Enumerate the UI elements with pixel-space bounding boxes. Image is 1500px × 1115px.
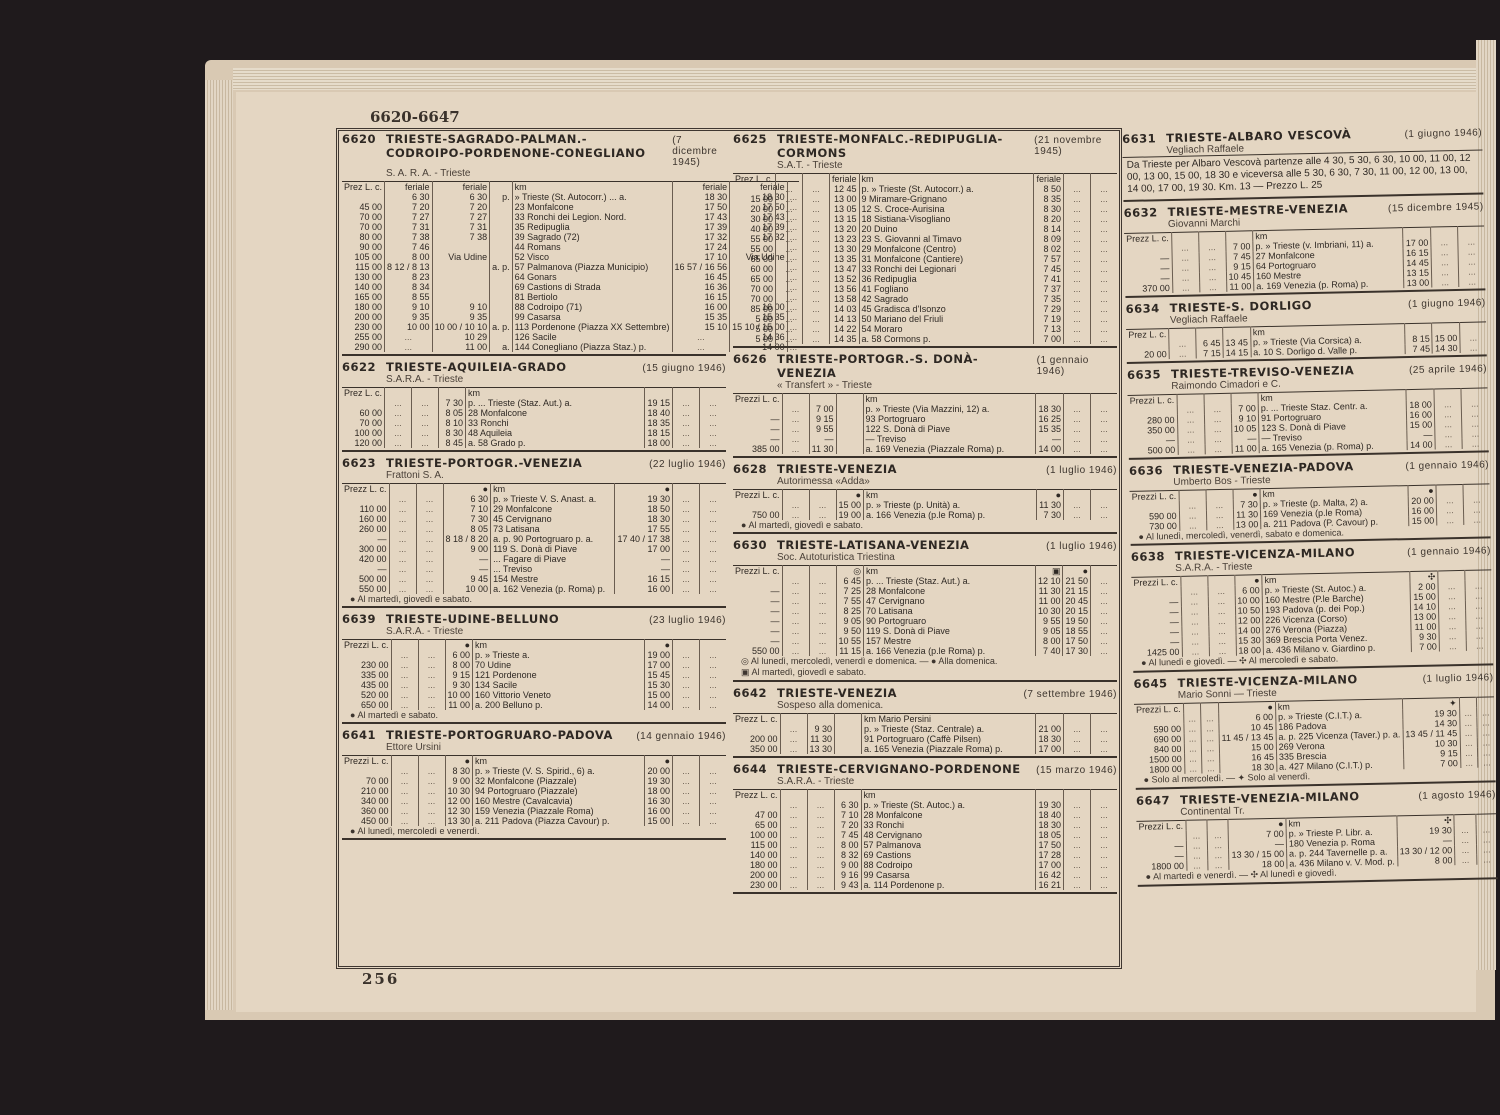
table-cell: ... — [809, 636, 836, 646]
table-header-row: Prez L. c.ferialekmferiale — [733, 174, 1117, 185]
table-cell: 7 38 — [432, 232, 490, 242]
table-cell: ... — [673, 690, 700, 700]
table-cell — [490, 222, 513, 232]
table-cell: 13 00 — [1404, 278, 1432, 289]
table-cell: 11 30 — [809, 444, 836, 454]
header-cell — [1223, 327, 1251, 338]
table-cell: — — [1036, 434, 1064, 444]
header-cell — [1201, 703, 1219, 714]
table-cell: ... — [1208, 596, 1235, 607]
table-cell: ... — [1181, 616, 1208, 627]
table-cell: p. ... Trieste (Staz. Aut.) a. — [864, 576, 1036, 586]
header-cell — [776, 174, 803, 185]
effective-date: (1 luglio 1946) — [1423, 672, 1494, 684]
table-cell: 9 35 — [432, 312, 490, 322]
header-cell — [1064, 490, 1091, 501]
table-cell: — — [1231, 433, 1259, 444]
table-cell — [490, 302, 513, 312]
table-cell: ... — [1439, 641, 1466, 652]
table-cell: ... — [1091, 734, 1118, 744]
schedule-table: Prezz L. c.km Mario Persini...9 30p. » T… — [733, 713, 1117, 754]
header-cell: km — [859, 174, 1034, 185]
table-cell: ... — [1064, 204, 1091, 214]
table-cell: — — [733, 616, 782, 626]
header-cell — [1185, 820, 1207, 831]
table-row: 160 00......7 3045 Cervignano18 30...... — [342, 514, 726, 524]
table-cell: 17 00 — [1403, 238, 1431, 249]
table-cell: ... — [776, 324, 803, 334]
table-cell: ... — [391, 776, 418, 786]
table-cell: 9 10 — [385, 302, 433, 312]
route-number: 6622 — [342, 360, 376, 374]
table-cell: ... — [673, 524, 700, 534]
route-title: TRIESTE-VENEZIA — [777, 686, 897, 700]
table-cell: 21 00 — [1036, 724, 1064, 734]
table-cell: ... — [782, 586, 809, 596]
table-cell: — — [443, 554, 491, 564]
header-cell — [418, 756, 445, 767]
table-cell: ... — [1091, 264, 1118, 274]
table-cell: 15 00 — [1432, 333, 1460, 344]
table-cell: 9 30 — [1412, 631, 1440, 642]
table-cell: ... — [416, 524, 443, 534]
table-cell: — — [733, 586, 782, 596]
table-cell: 350 00 — [733, 744, 780, 754]
table-cell: 60 00 — [733, 264, 776, 274]
table-cell: 7 38 — [385, 232, 433, 242]
table-cell: ... — [780, 840, 807, 850]
table-cell: ... — [1177, 404, 1204, 415]
table-row: 140 008 3469 Castions di Strada16 36... — [342, 282, 799, 292]
table-row: 85 00......14 0345 Gradisca d'Isonzo7 29… — [733, 304, 1117, 314]
table-cell: ... — [1183, 723, 1201, 733]
table-row: 65 00......13 3531 Monfalcone (Cantiere)… — [733, 254, 1117, 264]
table-cell: 7 00 — [1231, 403, 1259, 414]
header-cell: ● — [445, 640, 473, 651]
table-cell: ... — [1477, 707, 1494, 717]
table-cell: ... — [782, 616, 809, 626]
table-cell: 11 30 — [807, 734, 835, 744]
table-cell: ... — [1064, 434, 1091, 444]
header-cell — [673, 484, 700, 495]
table-cell: ... — [1181, 586, 1208, 597]
header-cell — [1458, 226, 1485, 237]
table-cell: 9 55 — [1035, 616, 1063, 626]
effective-date: (22 luglio 1946) — [649, 459, 726, 470]
table-cell: 18 00 — [1236, 645, 1264, 656]
header-cell: ● — [1233, 489, 1261, 500]
table-cell: ... — [1064, 324, 1091, 334]
table-cell: 17 30 — [1063, 646, 1091, 656]
table-row: —...—— Treviso—...... — [733, 434, 1117, 444]
schedule-table: Prezzi L. c.●km●......15 00p. » Trieste … — [733, 489, 1117, 520]
header-cell — [1434, 388, 1461, 399]
header-cell: ✣ — [1410, 571, 1438, 582]
table-cell — [490, 292, 513, 302]
table-cell: 16 00 — [615, 584, 673, 594]
table-cell: a. 58 Cormons p. — [859, 334, 1034, 344]
table-cell: 6 30 — [385, 192, 433, 202]
table-cell: 100 00 — [733, 830, 780, 840]
table-cell: 9 10 — [432, 302, 490, 312]
table-cell: — — [733, 636, 782, 646]
table-cell: 7 27 — [385, 212, 433, 222]
table-cell: ... — [780, 870, 807, 880]
header-cell: ● — [1063, 566, 1091, 577]
table-cell: ... — [1177, 414, 1204, 425]
header-cell: km — [864, 490, 1037, 501]
table-row: 520 00......10 00160 Vittorio Veneto15 0… — [342, 690, 726, 700]
route-number: 6641 — [342, 728, 376, 742]
table-row: ......6 45p. ... Trieste (Staz. Aut.) a.… — [733, 576, 1117, 586]
table-row: 650 00......11 00a. 200 Belluno p.14 00.… — [342, 700, 726, 710]
table-cell: 64 Gonars — [512, 272, 672, 282]
table-cell: ... — [1201, 713, 1219, 723]
table-cell: 115 00 — [342, 262, 385, 272]
table-cell: ... — [1091, 800, 1118, 810]
header-cell — [1463, 484, 1490, 495]
table-cell: ... — [418, 660, 445, 670]
table-cell: ... — [1476, 854, 1497, 864]
table-cell: 81 Bertiolo — [512, 292, 672, 302]
table-cell: ... — [700, 534, 727, 544]
timetable-6631: 6631TRIESTE-ALBARO VESCOVÀ(1 giugno 1946… — [1122, 124, 1483, 202]
table-cell: ... — [780, 800, 807, 810]
table-cell: p. » Trieste (St. Autoc.) a. — [861, 800, 1036, 810]
table-row: 110 00......7 1029 Monfalcone18 50...... — [342, 504, 726, 514]
table-cell: 7 46 — [385, 242, 433, 252]
table-cell: ... — [1091, 576, 1118, 586]
header-cell: ● — [645, 640, 673, 651]
table-cell: ... — [412, 408, 439, 418]
table-cell: ... — [1458, 256, 1485, 267]
table-cell: ... — [672, 332, 730, 342]
table-row: —...9 1593 Portogruaro16 25...... — [733, 414, 1117, 424]
schedule-table: Prezzi L. c.●km✣......6 00p. » Trieste (… — [1131, 569, 1493, 658]
table-cell: ... — [780, 830, 807, 840]
table-cell: ... — [389, 524, 416, 534]
table-cell: 6 45 — [1196, 338, 1223, 349]
table-cell: ... — [700, 584, 727, 594]
table-cell: ... — [1182, 636, 1209, 647]
table-cell: ... — [782, 434, 809, 444]
table-cell: ... — [1431, 267, 1458, 278]
table-cell: 54 Moraro — [859, 324, 1034, 334]
table-cell: ... — [1091, 324, 1118, 334]
header-cell: Prezzi L. c. — [733, 394, 782, 405]
route-number: 6638 — [1131, 549, 1165, 564]
table-cell: 90 Portogruaro — [864, 616, 1036, 626]
table-cell: 9 30 — [807, 724, 835, 734]
route-title: TRIESTE-S. DORLIGO — [1170, 298, 1313, 315]
table-cell: 154 Mestre — [491, 574, 615, 584]
header-cell — [700, 484, 727, 495]
table-cell: ... — [1208, 850, 1230, 860]
table-cell: ... — [1477, 727, 1494, 737]
table-cell: ... — [1458, 246, 1485, 257]
table-cell: 18 30 — [1036, 820, 1064, 830]
table-cell: ... — [1091, 870, 1118, 880]
table-cell: 144 Conegliano (Piazza Staz.) p. — [512, 342, 672, 352]
table-cell: ... — [412, 418, 439, 428]
table-cell: ... — [1091, 860, 1118, 870]
header-cell — [1231, 393, 1259, 404]
table-cell: 11 15 — [836, 646, 864, 656]
table-cell: ... — [1207, 830, 1229, 840]
header-cell — [1064, 714, 1091, 725]
header-cell — [834, 790, 861, 801]
table-row: 450 00......13 30a. 211 Padova (Piazza C… — [342, 816, 726, 826]
table-row: 90 007 4644 Romans17 24... — [342, 242, 799, 252]
table-cell — [342, 494, 389, 504]
table-cell: ... — [1462, 418, 1489, 429]
table-cell: ... — [1208, 626, 1235, 637]
table-cell: ... — [782, 636, 809, 646]
table-row: 65 00......7 2033 Ronchi18 30...... — [733, 820, 1117, 830]
table-cell: ... — [700, 438, 727, 448]
table-row: 20 00......13 0512 S. Croce-Aurisina8 30… — [733, 204, 1117, 214]
header-cell: Prez L. c. — [342, 388, 385, 399]
header-cell: Prezz L. c. — [1124, 232, 1171, 243]
header-cell — [809, 490, 836, 501]
table-cell: ... — [1091, 626, 1118, 636]
table-cell: 420 00 — [342, 554, 389, 564]
table-cell — [733, 724, 780, 734]
header-cell — [700, 640, 727, 651]
table-cell: ... — [700, 680, 727, 690]
table-cell: ... — [807, 860, 834, 870]
table-cell: 8 30 — [1034, 204, 1064, 214]
footnote: ● Al martedì, giovedì e sabato. — [342, 594, 726, 604]
table-row: 130 008 2364 Gonars16 45... — [342, 272, 799, 282]
table-cell: 6 00 — [445, 650, 473, 660]
table-cell: ... — [673, 680, 700, 690]
table-cell: a. 165 Venezia (p. Roma) p. — [1259, 440, 1408, 453]
table-cell: 5 00 — [733, 314, 776, 324]
table-cell: ... — [1478, 737, 1495, 747]
schedule-text: Da Trieste per Albaro Vescovà partenze a… — [1123, 149, 1484, 198]
header-cell — [836, 394, 863, 405]
table-cell: a. p. — [490, 262, 513, 272]
table-cell: ... — [1064, 734, 1091, 744]
table-header-row: Prezzi L. c.km — [733, 394, 1117, 405]
table-cell: 9 30 — [445, 680, 473, 690]
table-cell: ... — [782, 606, 809, 616]
table-cell: 8 34 — [385, 282, 433, 292]
table-cell: ... — [1431, 237, 1458, 248]
header-cell — [1406, 389, 1434, 400]
table-cell: 17 00 — [645, 660, 673, 670]
column-3: 6631TRIESTE-ALBARO VESCOVÀ(1 giugno 1946… — [1122, 124, 1498, 890]
table-cell: 5 00 — [733, 324, 776, 334]
table-row: 360 00......12 30159 Venezia (Piazzale R… — [342, 806, 726, 816]
table-cell: ... — [391, 766, 418, 776]
table-cell: 14 10 — [1411, 601, 1439, 612]
timetable-6622: 6622TRIESTE-AQUILEIA-GRADO(15 giugno 194… — [342, 360, 726, 452]
table-cell: 335 00 — [342, 670, 391, 680]
table-cell — [490, 212, 513, 222]
table-cell: 8 15 — [1405, 334, 1432, 345]
table-row: 60 00......8 0528 Monfalcone18 40...... — [342, 408, 726, 418]
table-cell — [490, 282, 513, 292]
table-cell: ... — [782, 596, 809, 606]
timetable-6630: 6630TRIESTE-LATISANA-VENEZIA(1 luglio 19… — [733, 538, 1117, 682]
table-cell: 13 30 — [830, 244, 860, 254]
table-cell: 94 Portogruaro (Piazzale) — [473, 786, 645, 796]
table-cell: 126 Sacile — [512, 332, 672, 342]
table-cell: 65 00 — [733, 254, 776, 264]
table-row: —......7 2528 Monfalcone11 3021 15... — [733, 586, 1117, 596]
table-cell: 29 Monfalcone (Centro) — [859, 244, 1034, 254]
table-cell: — — [733, 596, 782, 606]
effective-date: (1 gennaio 1946) — [1405, 459, 1489, 472]
table-cell — [490, 312, 513, 322]
table-cell: 13 30 — [807, 744, 835, 754]
table-cell: ... — [803, 314, 830, 324]
table-cell: 40 00 — [733, 224, 776, 234]
table-cell: 15 00 — [645, 690, 673, 700]
footnote: ◎ Al lunedì, mercoledì, venerdì e domeni… — [733, 656, 1117, 667]
header-cell — [1436, 484, 1463, 495]
table-cell: 16 45 — [672, 272, 730, 282]
timetable-6620: 6620TRIESTE-SAGRADO-PALMAN.-CODROIPO-POR… — [342, 132, 726, 356]
table-cell: 44 Romans — [512, 242, 672, 252]
table-cell: 17 50 — [1063, 636, 1091, 646]
table-cell: ... — [673, 408, 700, 418]
table-cell: ... — [1091, 434, 1118, 444]
table-cell: ... — [673, 670, 700, 680]
route-number: 6625 — [733, 132, 767, 146]
operator-name: « Transfert » - Trieste — [777, 380, 1117, 391]
table-cell: ... — [1209, 636, 1236, 647]
table-cell: 11 00 — [1411, 621, 1439, 632]
table-row: 550 00......10 00a. 162 Venezia (p. Roma… — [342, 584, 726, 594]
table-cell: 15 35 — [672, 312, 730, 322]
table-cell: ... — [1206, 510, 1233, 521]
effective-date: (23 luglio 1946) — [649, 615, 726, 626]
header-cell — [1091, 174, 1118, 185]
table-cell: ... — [391, 806, 418, 816]
timetable-6634: 6634TRIESTE-S. DORLIGO(1 giugno 1946)Veg… — [1126, 294, 1487, 364]
table-cell: ... — [1204, 424, 1231, 435]
table-cell: ... — [1169, 348, 1196, 359]
table-cell: 130 00 — [342, 272, 385, 282]
table-row: 70 00......8 1033 Ronchi18 35...... — [342, 418, 726, 428]
table-row: —...9 55122 S. Donà di Piave15 35...... — [733, 424, 1117, 434]
table-cell: 20 Duino — [859, 224, 1034, 234]
table-cell: ... — [780, 724, 807, 734]
table-cell: 11 30 — [1035, 586, 1063, 596]
table-cell: ... — [673, 494, 700, 504]
table-cell: ... — [1179, 510, 1206, 521]
header-cell — [780, 790, 807, 801]
table-cell: ... — [809, 616, 836, 626]
table-cell: 16 42 — [1036, 870, 1064, 880]
header-cell: Prezzi L. c. — [1136, 820, 1185, 832]
table-cell: ... — [780, 880, 807, 890]
effective-date: (15 giugno 1946) — [642, 363, 726, 374]
table-cell: ... — [1201, 723, 1219, 733]
table-cell: 16 00 — [1407, 410, 1435, 421]
table-cell: 18 55 — [1063, 626, 1091, 636]
table-cell: 7 15 — [1196, 348, 1223, 359]
table-cell: 8 09 — [1034, 234, 1064, 244]
table-cell: 16 36 — [672, 282, 730, 292]
table-cell: ... — [700, 494, 727, 504]
table-cell: ... — [809, 510, 836, 520]
table-cell: ... — [1091, 616, 1118, 626]
table-cell: 13 45 — [1223, 337, 1251, 348]
table-cell: 23 S. Giovanni al Timavo — [859, 234, 1034, 244]
header-cell: km — [512, 182, 672, 193]
table-cell: 21 50 — [1063, 576, 1091, 586]
table-cell: 8 45 — [439, 438, 466, 448]
table-cell — [490, 252, 513, 262]
table-row: 200 009 359 3599 Casarsa15 3515 35... — [342, 312, 799, 322]
table-cell: ... — [803, 324, 830, 334]
table-cell: ... — [1091, 284, 1118, 294]
table-row: 350 00...13 30a. 165 Venezia (Piazzale R… — [733, 744, 1117, 754]
table-cell: 7 10 — [443, 504, 491, 514]
header-cell: km — [466, 388, 645, 399]
header-cell: Prezzi L. c. — [342, 756, 391, 767]
operator-name: S.A.R.A. - Trieste — [386, 374, 726, 385]
route-number: 6632 — [1124, 205, 1158, 220]
table-cell: p. » Trieste (St. Autocorr.) a. — [859, 184, 1034, 194]
table-cell: ... — [1064, 194, 1091, 204]
table-cell: ... — [776, 314, 803, 324]
table-cell: 9 55 — [809, 424, 836, 434]
route-title: TRIESTE-PORTOGR.-S. DONÀ-VENEZIA — [777, 352, 1027, 380]
schedule-table: Prez L. c.km...6 4513 45p. » Trieste (Vi… — [1126, 321, 1487, 360]
table-cell: 13 15 — [1404, 268, 1432, 279]
table-cell: ... — [1439, 611, 1466, 622]
table-cell: 300 00 — [342, 544, 389, 554]
table-cell: ... — [385, 332, 433, 342]
table-cell: ... — [700, 408, 727, 418]
table-cell: ... — [1434, 409, 1461, 420]
table-cell: ... — [673, 564, 700, 574]
table-cell: — Treviso — [863, 434, 1036, 444]
table-cell: 16 21 — [1036, 880, 1064, 890]
table-cell: 17 32 — [672, 232, 730, 242]
table-cell: ... — [1177, 434, 1204, 445]
table-cell: 160 Vittorio Veneto — [473, 690, 645, 700]
table-cell: ... — [1439, 621, 1466, 632]
table-cell: ... — [1202, 743, 1220, 753]
table-cell: 47 00 — [733, 810, 780, 820]
header-cell — [807, 790, 834, 801]
table-cell: 48 Cervignano — [861, 830, 1036, 840]
table-cell: 15 00 — [1409, 515, 1437, 526]
table-cell: 450 00 — [342, 816, 391, 826]
table-cell: ... — [673, 428, 700, 438]
table-cell: ... — [1202, 763, 1220, 773]
table-cell — [733, 500, 782, 510]
effective-date: (1 giugno 1946) — [1404, 127, 1482, 140]
header-cell — [1091, 490, 1118, 501]
header-cell — [673, 756, 700, 767]
header-cell — [1169, 328, 1196, 339]
table-cell: a. 165 Venezia (Piazzale Roma) p. — [862, 744, 1036, 754]
table-cell: ... — [673, 398, 700, 408]
table-cell: 45 Gradisca d'Isonzo — [859, 304, 1034, 314]
table-cell: ... — [1064, 294, 1091, 304]
table-cell: ... — [416, 554, 443, 564]
table-row: 435 00......9 30134 Sacile15 30...... — [342, 680, 726, 690]
header-cell — [1431, 226, 1458, 237]
table-cell: ... — [776, 304, 803, 314]
